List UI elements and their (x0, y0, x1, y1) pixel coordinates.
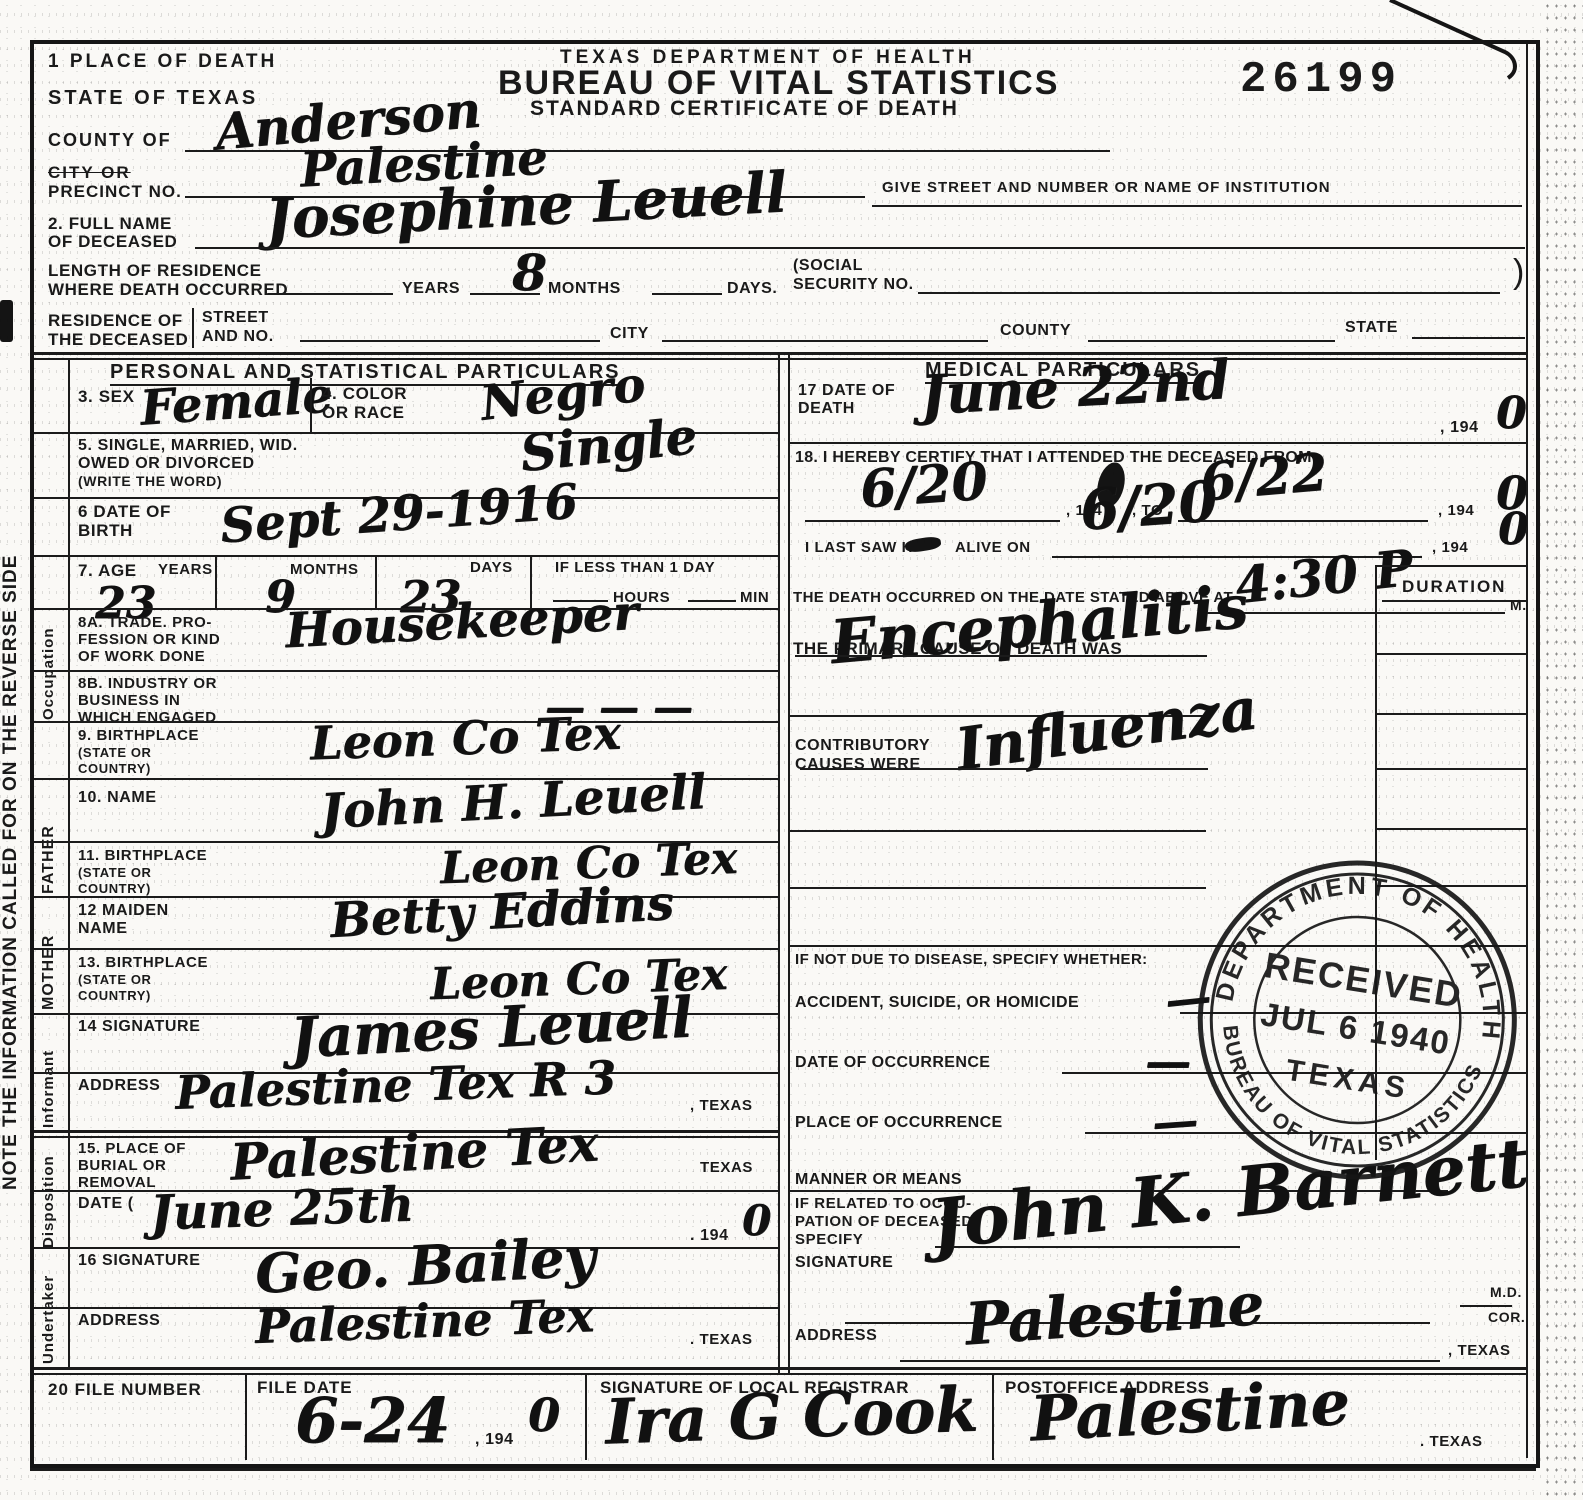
header-standard-cert: STANDARD CERTIFICATE OF DEATH (530, 98, 959, 119)
bottom-extra-rule (30, 1468, 1536, 1471)
institution-hint: GIVE STREET AND NUMBER OR NAME OF INSTIT… (882, 180, 1331, 195)
ssn-label1: (SOCIAL (793, 258, 863, 274)
bottom-div-1 (245, 1373, 247, 1460)
not-disease-label: IF NOT DUE TO DISEASE, SPECIFY WHETHER: (795, 952, 1148, 967)
father-name-label: 10. NAME (78, 790, 157, 806)
burial-texas-label: TEXAS (700, 1160, 753, 1175)
birthplace-label1: 9. BIRTHPLACE (78, 728, 199, 743)
days-rule (652, 293, 722, 295)
informant-addr-value: Palestine Tex R 3 (174, 1054, 616, 1115)
dob-label1: 6 DATE OF (78, 503, 171, 520)
burial-label1: 15. PLACE OF (78, 1141, 186, 1156)
duration-rule-2 (1375, 713, 1528, 715)
burial-date-value: June 25th (149, 1180, 414, 1237)
duration-label: DURATION (1402, 578, 1506, 595)
informant-addr-label: ADDRESS (78, 1078, 160, 1094)
postoffice-value: Palestine (1029, 1372, 1352, 1451)
informant-sig-label: 14 SIGNATURE (78, 1019, 200, 1035)
days-label: DAYS. (727, 281, 777, 297)
birthplace-label2: (STATE OR (78, 746, 152, 759)
last-saw-year-suffix: 0 (1498, 508, 1529, 552)
md-cor-rule (1460, 1305, 1512, 1307)
age-label: 7. AGE (78, 562, 137, 579)
attended-to-value: 6/22 (1198, 447, 1330, 510)
birthplace-label3: COUNTRY) (78, 762, 151, 775)
date-occ-label: DATE OF OCCURRENCE (795, 1055, 990, 1071)
father-bp-label3: COUNTRY) (78, 882, 151, 895)
dod-year-suffix: 0 (1496, 392, 1527, 436)
related-label3: SPECIFY (795, 1232, 863, 1247)
duration-rule-3 (1375, 768, 1528, 770)
dod-year-prefix: , 194 (1440, 420, 1479, 436)
file-number-label: 20 FILE NUMBER (48, 1381, 202, 1398)
file-year-suffix: 0 (528, 1392, 560, 1438)
marital-label1: 5. SINGLE, MARRIED, WID. (78, 438, 298, 454)
undertaker-addr-value: Palestine Tex (254, 1292, 594, 1350)
burial-date-label: DATE ( (78, 1196, 134, 1212)
duration-rule-1 (1375, 653, 1528, 655)
full-name-rule (195, 247, 1525, 249)
duration-top-rule (1375, 565, 1528, 567)
mother-side-label: MOTHER (40, 900, 58, 1010)
county2-label: COUNTY (1000, 323, 1071, 339)
dob-label2: BIRTH (78, 522, 133, 539)
stamp-state-text: TEXAS (1284, 1054, 1413, 1106)
full-name-label1: 2. FULL NAME (48, 215, 172, 232)
certificate-number: 26199 (1240, 58, 1402, 102)
ssn-paren-close: ) (1513, 255, 1525, 289)
physician-sig-label: SIGNATURE (795, 1255, 893, 1271)
physician-addr-rule (900, 1360, 1440, 1362)
from-rule (805, 520, 1060, 522)
cor-label: COR. (1488, 1310, 1525, 1324)
row6-rule (34, 555, 778, 557)
father-bp-label2: (STATE OR (78, 866, 152, 879)
street-label1: STREET (202, 310, 269, 326)
row12-rule (34, 948, 778, 950)
to-year-prefix: , 194 (1438, 503, 1474, 518)
burial-label3: REMOVAL (78, 1175, 156, 1190)
column-divider-a (778, 352, 780, 1373)
age-years-label: YEARS (158, 562, 213, 577)
bottom-div-2 (585, 1373, 587, 1460)
duration-rule-4 (1375, 828, 1528, 830)
mother-bp-label1: 13. BIRTHPLACE (78, 955, 208, 970)
age-months-label: MONTHS (290, 562, 359, 577)
mid-rule-3 (788, 887, 1206, 889)
county2-rule (1088, 340, 1335, 342)
received-stamp: DEPARTMENT OF HEALTH BUREAU OF VITAL STA… (1165, 852, 1550, 1197)
place-of-death-label: 1 PLACE OF DEATH (48, 52, 277, 71)
age-days-label: DAYS (470, 560, 513, 575)
sex-color-divider (310, 378, 312, 432)
institution-rule (872, 205, 1522, 207)
informant-texas-label: , TEXAS (690, 1098, 753, 1113)
scan-artifact-right-strip (1543, 0, 1583, 1500)
disposition-side-label: Disposition (40, 1140, 57, 1248)
header-bureau: BUREAU OF VITAL STATISTICS (498, 66, 1059, 100)
city-or-label: CITY OR (48, 164, 131, 181)
sex-value: Female (139, 371, 335, 432)
burial-year-suffix: 0 (742, 1200, 771, 1242)
cause-rule (795, 655, 1207, 657)
inner-right-border (1526, 44, 1528, 1458)
maiden-label1: 12 MAIDEN (78, 903, 169, 919)
bottom-div-3 (992, 1373, 994, 1460)
min-rule (688, 600, 736, 602)
section-rule-1 (34, 352, 1528, 355)
row17-rule (788, 442, 1528, 444)
place-occ-label: PLACE OF OCCURRENCE (795, 1115, 1003, 1131)
duration-underline (1382, 600, 1528, 602)
contrib-label1: CONTRIBUTORY (795, 738, 930, 754)
color-label1: 4. COLOR (322, 385, 407, 402)
city-label: CITY (610, 326, 649, 342)
dod-label1: 17 DATE OF (798, 383, 895, 399)
occupation-side-label: Occupation (40, 612, 57, 720)
birthplace-value: Leon Co Tex (309, 710, 621, 767)
contrib-rule (800, 768, 1208, 770)
state-rule (1412, 337, 1525, 339)
months-label: MONTHS (548, 281, 621, 297)
physician-texas-label: , TEXAS (1448, 1343, 1511, 1358)
dod-label2: DEATH (798, 401, 855, 417)
sex-label: 3. SEX (78, 388, 135, 405)
full-name-label2: OF DECEASED (48, 233, 177, 250)
residence-of-label2: THE DECEASED (48, 331, 188, 348)
last-saw-label2: ALIVE ON (955, 540, 1031, 555)
marital-label3: (WRITE THE WORD) (78, 474, 222, 488)
mother-bp-label2: (STATE OR (78, 973, 152, 986)
contrib-label2: CAUSES WERE (795, 757, 921, 773)
physician-addr-label: ADDRESS (795, 1328, 877, 1344)
maiden-label2: NAME (78, 921, 128, 937)
ssn-rule (918, 292, 1500, 294)
file-date-value: 6-24 (295, 1390, 450, 1452)
mid-rule-2 (788, 830, 1206, 832)
marital-label2: OWED OR DIVORCED (78, 456, 255, 472)
undertaker-sig-label: 16 SIGNATURE (78, 1253, 200, 1269)
residence-months-value: 8 (512, 248, 547, 298)
registrar-sig-value: Ira G Cook (604, 1379, 979, 1454)
accident-label: ACCIDENT, SUICIDE, OR HOMICIDE (795, 995, 1079, 1011)
state-label: STATE (1345, 320, 1398, 336)
city-rule (662, 340, 988, 342)
ssn-label2: SECURITY NO. (793, 277, 914, 293)
burial-label2: BURIAL OR (78, 1158, 166, 1173)
bottom-texas-label: . TEXAS (1420, 1434, 1483, 1449)
death-certificate-scan: NOTE THE INFORMATION CALLED FOR ON THE R… (0, 0, 1583, 1500)
industry-label1: 8B. INDUSTRY OR (78, 676, 217, 691)
last-saw-label: I LAST SAW H (805, 540, 913, 555)
age-div1 (215, 555, 217, 608)
trade-label1: 8A. TRADE. PRO- (78, 615, 212, 630)
father-bp-label1: 11. BIRTHPLACE (78, 848, 207, 863)
trade-label2: FESSION OR KIND (78, 632, 220, 647)
trade-label3: OF WORK DONE (78, 649, 205, 664)
residence-length-label1: LENGTH OF RESIDENCE (48, 262, 262, 279)
last-saw-value: 6/20 (1078, 473, 1219, 538)
precinct-label: PRECINCT NO. (48, 183, 182, 200)
street-label2: AND NO. (202, 329, 274, 345)
residence-of-label1: RESIDENCE OF (48, 312, 183, 329)
street-rule (300, 340, 600, 342)
column-divider-b (788, 352, 790, 1373)
industry-label2: BUSINESS IN (78, 693, 180, 708)
mother-bp-label3: COUNTRY) (78, 989, 151, 1002)
undertaker-texas-label: . TEXAS (690, 1332, 753, 1347)
last-saw-year-prefix: , 194 (1432, 540, 1468, 555)
residence-length-label2: WHERE DEATH OCCURRED (48, 281, 288, 298)
county-label: COUNTY OF (48, 131, 172, 149)
years-rule (268, 293, 393, 295)
time-rule (1205, 612, 1505, 614)
color-label2: OR RACE (322, 404, 405, 421)
undertaker-addr-label: ADDRESS (78, 1313, 160, 1329)
dod-value: June 22nd (919, 352, 1231, 422)
md-label: M.D. (1490, 1285, 1522, 1299)
side-label-divider (68, 358, 70, 1370)
file-year-prefix: , 194 (475, 1432, 514, 1448)
min-label: MIN (740, 590, 769, 605)
row8a-rule (34, 670, 778, 672)
section-rule-2 (34, 358, 1528, 360)
years-label: YEARS (402, 281, 460, 297)
attended-from-value: 6/20 (858, 456, 989, 517)
margin-note: NOTE THE INFORMATION CALLED FOR ON THE R… (0, 310, 22, 1190)
residence-divider (192, 308, 194, 348)
burial-year-prefix: . 194 (690, 1228, 729, 1244)
father-side-label: FATHER (40, 782, 58, 894)
if-less-label: IF LESS THAN 1 DAY (555, 560, 715, 575)
